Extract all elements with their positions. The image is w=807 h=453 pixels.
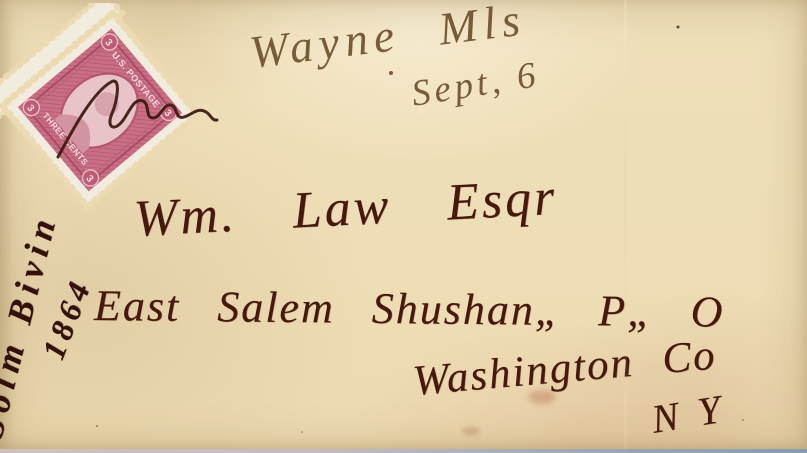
- stain-smudge: [528, 390, 556, 404]
- paper-crease: [624, 0, 627, 453]
- address-line-state: N Y: [649, 389, 723, 439]
- envelope-scan: 3 3 3 3 U.S. POSTAGE THREE CENTS Wayne M…: [0, 0, 807, 453]
- scan-bottom-edge: [0, 449, 807, 453]
- address-line-post-office: East Salem Shushan„ P„ O: [94, 284, 725, 335]
- paper-specks: [389, 71, 393, 75]
- postmark-date: Sept, 6: [409, 56, 542, 113]
- stain-smudge: [462, 427, 480, 435]
